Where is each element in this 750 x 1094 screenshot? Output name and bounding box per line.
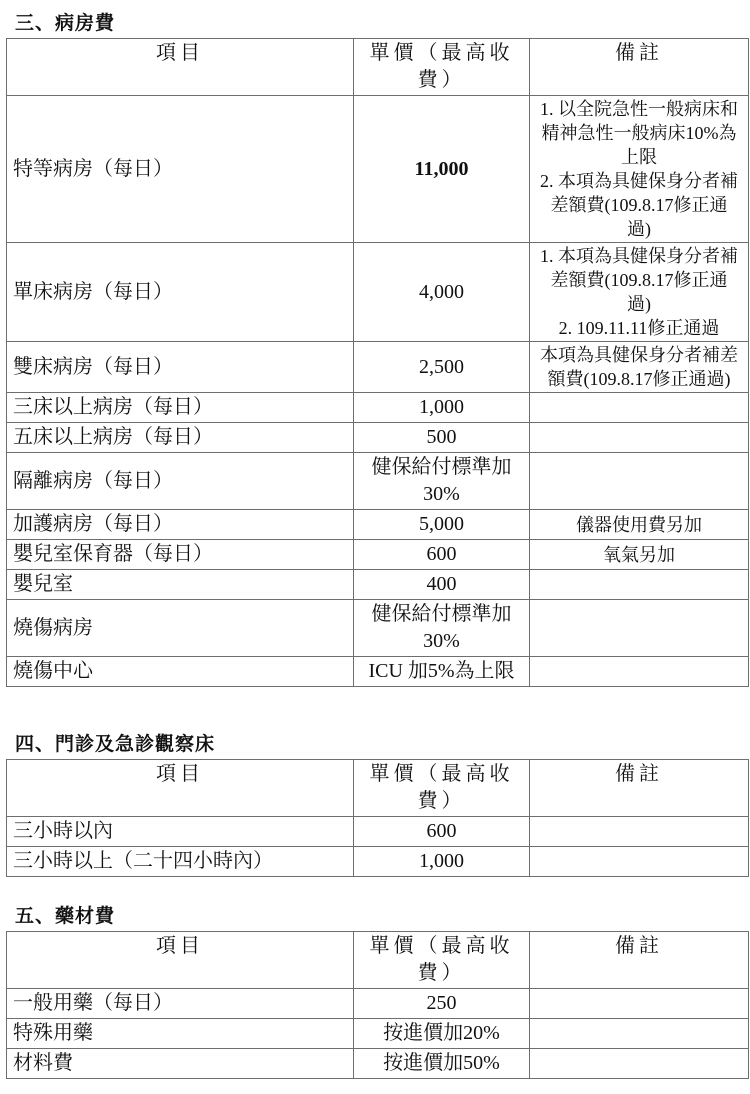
item-cell: 單床病房（每日） <box>7 243 354 342</box>
table-row: 一般用藥（每日）250 <box>7 989 749 1019</box>
item-cell: 一般用藥（每日） <box>7 989 354 1019</box>
column-header-price: 單價（最高收 費） <box>354 39 530 96</box>
table-row: 嬰兒室400 <box>7 570 749 600</box>
item-cell: 隔離病房（每日） <box>7 453 354 510</box>
remark-cell: 氧氣另加 <box>530 540 749 570</box>
remark-cell: 1. 以全院急性一般病床和 精神急性一般病床10%為 上限 2. 本項為具健保身… <box>530 96 749 243</box>
remark-cell: 1. 本項為具健保身分者補 差額費(109.8.17修正通 過) 2. 109.… <box>530 243 749 342</box>
column-header-item: 項目 <box>7 760 354 817</box>
remark-cell <box>530 1019 749 1049</box>
price-cell: 400 <box>354 570 530 600</box>
table-row: 嬰兒室保育器（每日）600氧氣另加 <box>7 540 749 570</box>
ward-fees-table: 項目 單價（最高收 費） 備註 特等病房（每日）11,0001. 以全院急性一般… <box>6 38 749 687</box>
price-cell: 1,000 <box>354 393 530 423</box>
column-header-price: 單價（最高收 費） <box>354 760 530 817</box>
remark-cell <box>530 847 749 877</box>
item-cell: 三小時以上（二十四小時內） <box>7 847 354 877</box>
section-medicine-fees: 五、藥材費 項目 單價（最高收 費） 備註 一般用藥（每日）250特殊用藥按進價… <box>6 905 750 1079</box>
table-row: 五床以上病房（每日）500 <box>7 423 749 453</box>
header-row: 項目 單價（最高收 費） 備註 <box>7 39 749 96</box>
table-row: 特等病房（每日）11,0001. 以全院急性一般病床和 精神急性一般病床10%為… <box>7 96 749 243</box>
remark-cell <box>530 1049 749 1079</box>
document: 三、病房費 項目 單價（最高收 費） 備註 特等病房（每日）11,0001. 以… <box>0 0 750 1079</box>
observation-beds-table: 項目 單價（最高收 費） 備註 三小時以內600三小時以上（二十四小時內）1,0… <box>6 759 749 877</box>
remark-cell <box>530 393 749 423</box>
section-ward-fees: 三、病房費 項目 單價（最高收 費） 備註 特等病房（每日）11,0001. 以… <box>6 12 750 687</box>
column-header-remark: 備註 <box>530 932 749 989</box>
price-cell: 2,500 <box>354 342 530 393</box>
remark-cell <box>530 453 749 510</box>
price-cell: 5,000 <box>354 510 530 540</box>
price-cell: 健保給付標準加 30% <box>354 600 530 657</box>
column-header-remark: 備註 <box>530 39 749 96</box>
column-header-price: 單價（最高收 費） <box>354 932 530 989</box>
header-row: 項目 單價（最高收 費） 備註 <box>7 932 749 989</box>
remark-cell <box>530 570 749 600</box>
table-row: 材料費按進價加50% <box>7 1049 749 1079</box>
table-row: 加護病房（每日）5,000儀器使用費另加 <box>7 510 749 540</box>
section-title: 五、藥材費 <box>15 905 750 929</box>
price-cell: 250 <box>354 989 530 1019</box>
price-cell: 600 <box>354 817 530 847</box>
price-cell: 4,000 <box>354 243 530 342</box>
column-header-item: 項目 <box>7 39 354 96</box>
price-cell: 按進價加50% <box>354 1049 530 1079</box>
item-cell: 三小時以內 <box>7 817 354 847</box>
item-cell: 嬰兒室 <box>7 570 354 600</box>
table-row: 隔離病房（每日）健保給付標準加 30% <box>7 453 749 510</box>
table-row: 燒傷病房健保給付標準加 30% <box>7 600 749 657</box>
item-cell: 燒傷病房 <box>7 600 354 657</box>
header-row: 項目 單價（最高收 費） 備註 <box>7 760 749 817</box>
section-observation-beds: 四、門診及急診觀察床 項目 單價（最高收 費） 備註 三小時以內600三小時以上… <box>6 733 750 877</box>
remark-cell: 本項為具健保身分者補差 額費(109.8.17修正通過) <box>530 342 749 393</box>
remark-cell <box>530 989 749 1019</box>
remark-cell <box>530 423 749 453</box>
table-row: 燒傷中心ICU 加5%為上限 <box>7 657 749 687</box>
table-row: 雙床病房（每日）2,500本項為具健保身分者補差 額費(109.8.17修正通過… <box>7 342 749 393</box>
item-cell: 燒傷中心 <box>7 657 354 687</box>
table-row: 三床以上病房（每日）1,000 <box>7 393 749 423</box>
price-cell: 1,000 <box>354 847 530 877</box>
price-cell: 按進價加20% <box>354 1019 530 1049</box>
price-cell: 500 <box>354 423 530 453</box>
item-cell: 特等病房（每日） <box>7 96 354 243</box>
column-header-remark: 備註 <box>530 760 749 817</box>
item-cell: 材料費 <box>7 1049 354 1079</box>
item-cell: 特殊用藥 <box>7 1019 354 1049</box>
price-cell: 600 <box>354 540 530 570</box>
remark-cell: 儀器使用費另加 <box>530 510 749 540</box>
item-cell: 加護病房（每日） <box>7 510 354 540</box>
price-cell: 11,000 <box>354 96 530 243</box>
table-row: 特殊用藥按進價加20% <box>7 1019 749 1049</box>
column-header-item: 項目 <box>7 932 354 989</box>
remark-cell <box>530 657 749 687</box>
price-cell: ICU 加5%為上限 <box>354 657 530 687</box>
item-cell: 五床以上病房（每日） <box>7 423 354 453</box>
item-cell: 三床以上病房（每日） <box>7 393 354 423</box>
price-cell: 健保給付標準加 30% <box>354 453 530 510</box>
table-row: 三小時以上（二十四小時內）1,000 <box>7 847 749 877</box>
section-title: 四、門診及急診觀察床 <box>15 733 750 757</box>
table-row: 三小時以內600 <box>7 817 749 847</box>
medicine-fees-table: 項目 單價（最高收 費） 備註 一般用藥（每日）250特殊用藥按進價加20%材料… <box>6 931 749 1079</box>
table-row: 單床病房（每日）4,0001. 本項為具健保身分者補 差額費(109.8.17修… <box>7 243 749 342</box>
item-cell: 嬰兒室保育器（每日） <box>7 540 354 570</box>
remark-cell <box>530 817 749 847</box>
remark-cell <box>530 600 749 657</box>
item-cell: 雙床病房（每日） <box>7 342 354 393</box>
section-title: 三、病房費 <box>15 12 750 36</box>
